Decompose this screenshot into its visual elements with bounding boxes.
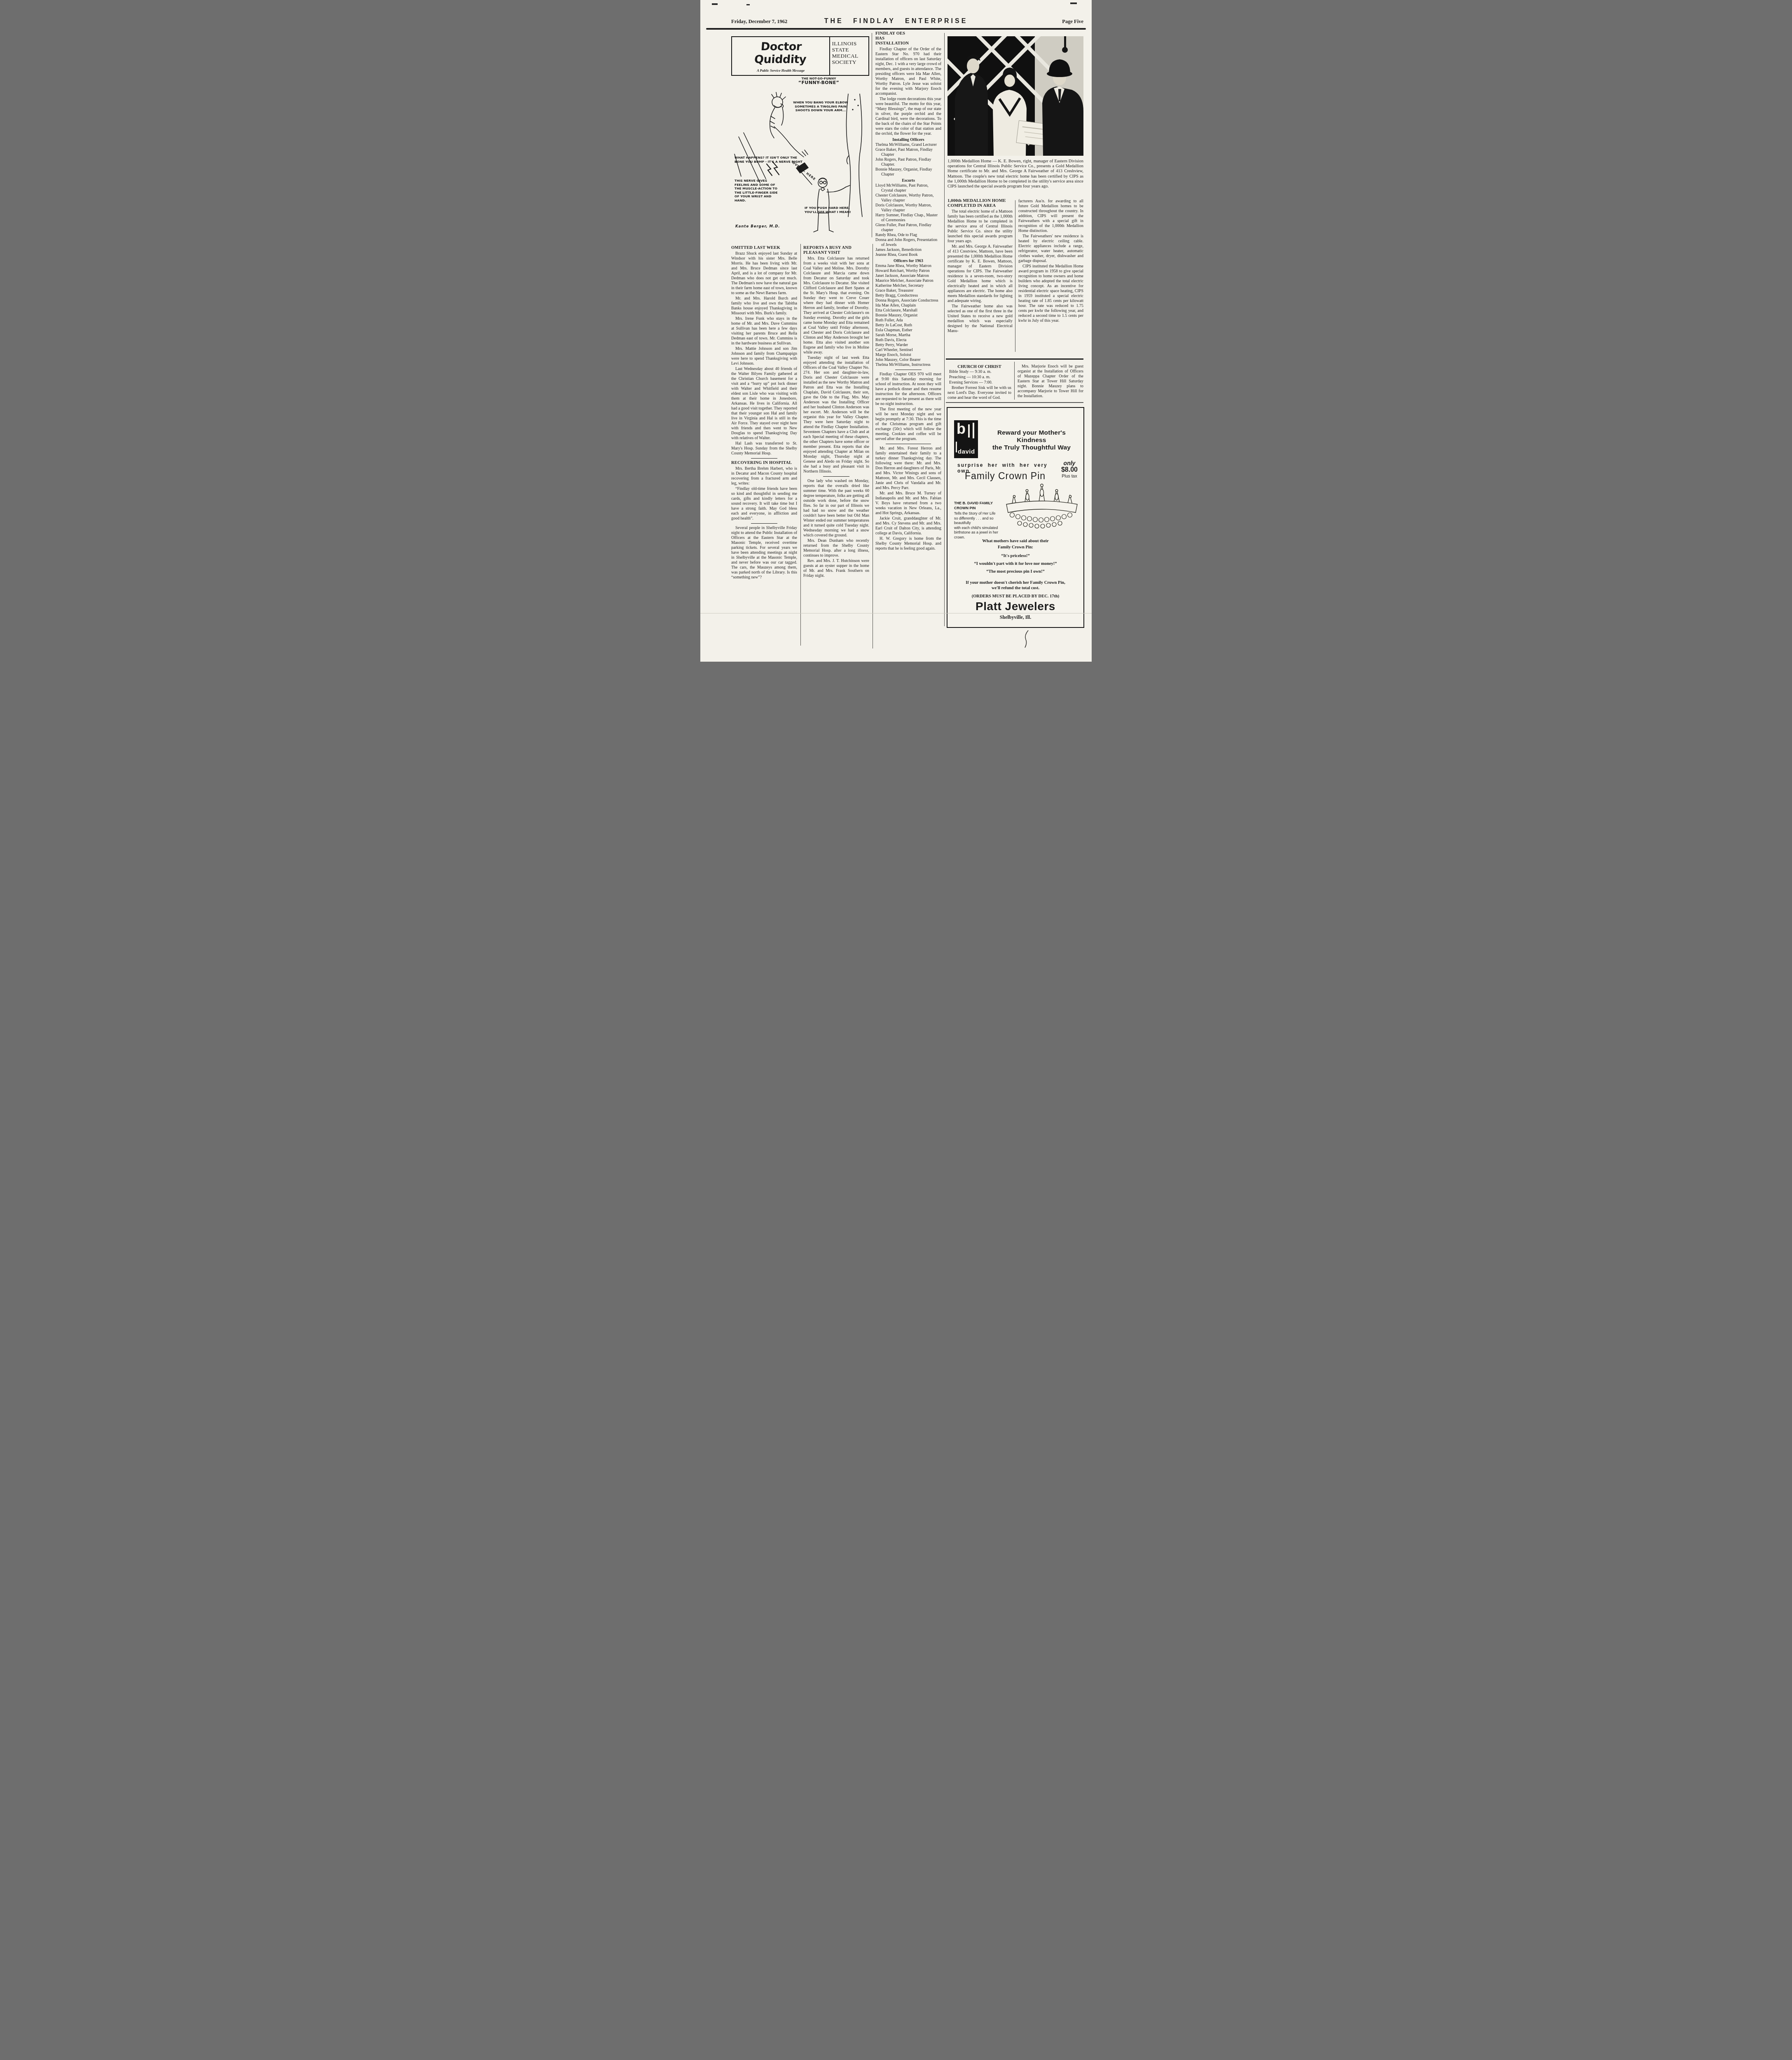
officer-entry: Eula Chapman, Esther bbox=[875, 328, 941, 333]
officer-entry: Grace Baker, Past Matron, Findlay Chapte… bbox=[875, 147, 941, 157]
ad-price-block: only $8.00 Plus tax bbox=[1058, 460, 1081, 479]
officer-entry: Ruth Fuller, Ada bbox=[875, 318, 941, 323]
doctor-quiddity-title: Doctor Quiddity bbox=[734, 40, 828, 66]
paragraph: Mrs. Mattie Johnson and son Jim Johnson … bbox=[731, 346, 797, 366]
description-line: so differently . . . and so beautifully bbox=[954, 516, 1007, 526]
masthead-rule bbox=[706, 28, 1086, 30]
scan-speck bbox=[746, 4, 750, 5]
cartoon-caption-notsofunny: THE NOT-SO-FUNNY “FUNNY-BONE” bbox=[785, 77, 853, 85]
escort-entry: Jeanne Rhea, Guest Book bbox=[875, 253, 941, 257]
doctor-quiddity-title-area: Doctor Quiddity A Public Service Health … bbox=[732, 37, 830, 75]
escort-entry: Randy Rhea, Ode to Flag bbox=[875, 233, 941, 238]
officer-entry: Emma Jane Rhea, Worthy Matron bbox=[875, 264, 941, 269]
paragraph: Mr. and Mrs. Harold Burch and family who… bbox=[731, 296, 797, 316]
description-line: Tells the Story of Her Life bbox=[954, 511, 1007, 516]
officer-entry: John Mauzey, Color Bearer bbox=[875, 358, 941, 363]
funny-bone-cartoon: THE NOT-SO-FUNNY “FUNNY-BONE” WHEN YOU B… bbox=[731, 75, 869, 236]
section-divider bbox=[886, 444, 931, 444]
crown-illustration bbox=[1003, 483, 1081, 531]
pen-mark bbox=[1022, 630, 1032, 648]
ad-quotes-intro1: What mothers have said about their bbox=[947, 539, 1083, 543]
reports-busy-visit-headline: REPORTS A BUSY AND PLEASANT VISIT bbox=[803, 246, 869, 255]
escorts-list: Lloyd McWilliams, Past Patron, Crystal c… bbox=[875, 183, 941, 257]
local-news-paragraphs: Mr. and Mrs. Forest Herron and family en… bbox=[875, 446, 941, 551]
installation-photo-image bbox=[947, 36, 1083, 156]
crown-drawing bbox=[1003, 483, 1081, 531]
schedule-line: Bible Study — 9:30 a. m. bbox=[947, 370, 1011, 375]
ad-refund-line2: we'll refund the total cost. bbox=[947, 586, 1083, 590]
medallion-headline: 1,000th MEDALLION HOME COMPLETED IN AREA bbox=[947, 199, 1013, 208]
paragraph: The Fairweather home also was selected a… bbox=[947, 304, 1013, 334]
paragraph: Mr. and Mrs. Bruce M. Turney of Indianap… bbox=[875, 491, 941, 516]
column-rule bbox=[872, 33, 872, 237]
ad-refund-line1: If your mother doesn't cherish her Famil… bbox=[947, 581, 1083, 585]
reports-busy-visit-paragraphs: Mrs. Etta Colclasure has returned from a… bbox=[803, 256, 869, 474]
section-divider bbox=[823, 476, 849, 477]
church-paragraph: Brother Forrest Sisk will be with us nex… bbox=[947, 386, 1011, 400]
paragraph: Mr. and Mrs. George A. Fairweather of 41… bbox=[947, 244, 1013, 304]
officer-entry: Bonnie Mauzey, Organist, Findlay Chapter bbox=[875, 167, 941, 177]
description-line: with each child's simulated bbox=[954, 526, 1007, 531]
ad-only-label: only bbox=[1058, 460, 1081, 466]
omitted-last-week-headline: OMITTED LAST WEEK bbox=[731, 246, 797, 250]
store-city: Shelbyville, Ill. bbox=[947, 614, 1083, 620]
officer-entry: Ida Mae Allen, Chaplain bbox=[875, 303, 941, 308]
column-rule bbox=[1014, 362, 1015, 400]
schedule-line: Preaching — 10:30 a. m. bbox=[947, 375, 1011, 380]
ad-description: THE B. DAVID FAMILY CROWN PIN Tells the … bbox=[954, 501, 1007, 540]
weather-and-locals-paragraphs: One lady who washed on Monday, reports t… bbox=[803, 479, 869, 578]
scan-speck bbox=[1070, 2, 1077, 4]
findlay-oes-paragraphs: Findlay Chapter of the Order of the East… bbox=[875, 47, 941, 136]
b-david-logo: b david bbox=[954, 420, 978, 458]
paragraph: H. W. Gregory is home from the Shelby Co… bbox=[875, 536, 941, 551]
ad-quotes-intro2: Family Crown Pin: bbox=[947, 545, 1083, 550]
officer-entry: Bonnie Mauzey, Organist bbox=[875, 313, 941, 318]
church-headline: CHURCH OF CHRIST bbox=[947, 365, 1011, 369]
oes-meeting-paragraphs: Findlay Chapter OES 970 will meet at 9:0… bbox=[875, 372, 941, 442]
escort-entry: Doris Colclasure, Worthy Matron, Valley … bbox=[875, 203, 941, 213]
officer-entry: Carl Wheeler, Sentinel bbox=[875, 348, 941, 353]
installing-officers-subhead: Installing Officers bbox=[875, 138, 941, 142]
paragraph: Tuesday night of last week Etta enjoyed … bbox=[803, 356, 869, 474]
paragraph: Findlay Chapter of the Order of the East… bbox=[875, 47, 941, 96]
paragraph: CIPS instituted the Medallion Home award… bbox=[1018, 264, 1083, 323]
officer-entry: Ruth Davis, Electa bbox=[875, 338, 941, 343]
cartoon-caption-bang: WHEN YOU BANG YOUR ELBOW SOMETIMES A TIN… bbox=[790, 101, 852, 112]
officer-entry: Betty Perry, Warder bbox=[875, 343, 941, 348]
column-rule bbox=[1015, 200, 1015, 352]
ad-headline-line2: the Truly Thoughtful Way bbox=[982, 444, 1081, 452]
ad-price: $8.00 bbox=[1058, 466, 1081, 474]
paragraph: Hal Lash was transferred to St. Mary's H… bbox=[731, 441, 797, 456]
mother-quote: “I wouldn't part with it for love nor mo… bbox=[947, 562, 1083, 566]
paragraph: The first meeting of the new year will b… bbox=[875, 407, 941, 442]
newspaper-page: Friday, December 7, 1962 THE FINDLAY ENT… bbox=[700, 0, 1092, 662]
paragraph: “Findlay old-time friends have been so k… bbox=[731, 487, 797, 521]
recovering-in-hospital-paragraphs: Mrs. Bertha Brehm Harbert, who is in Dec… bbox=[731, 466, 797, 521]
officer-entry: Janet Jackson, Associate Matron bbox=[875, 274, 941, 279]
cartoon-caption-push: IF YOU PUSH HARD HERE, YOU'LL SEE WHAT I… bbox=[805, 206, 853, 214]
store-name: Platt Jewelers bbox=[947, 600, 1083, 613]
escort-entry: Glenn Fuller, Past Patron, Findlay chapt… bbox=[875, 223, 941, 233]
scan-artifact-line bbox=[700, 613, 1092, 613]
paragraph: The lodge room decorations this year wer… bbox=[875, 97, 941, 136]
cartoon-caption-funny-bone: “FUNNY-BONE” bbox=[798, 80, 840, 85]
officer-entry: John Rogers, Past Patron, Findlay Chapte… bbox=[875, 157, 941, 167]
paragraph: Mr. and Mrs. Forest Herron and family en… bbox=[875, 446, 941, 491]
schedule-line: Evening Services — 7:00. bbox=[947, 380, 1011, 385]
findlay-oes-headline: FINDLAY OES HAS INSTALLATION bbox=[875, 31, 913, 46]
cartoon-caption-what-happens: WHAT HAPPENS? IT ISN'T ONLY THE BONE YOU… bbox=[735, 156, 808, 164]
paragraph: The Fairweathers' new residence is heate… bbox=[1018, 234, 1083, 264]
section-divider bbox=[751, 523, 777, 524]
escorts-subhead: Escorts bbox=[875, 178, 941, 183]
recovering-in-hospital-headline: RECOVERING IN HOSPITAL bbox=[731, 461, 797, 466]
officer-entry: Betty Bragg, Conductress bbox=[875, 293, 941, 298]
paragraph: Mrs. Bertha Brehm Harbert, who is in Dec… bbox=[731, 466, 797, 486]
scan-speck bbox=[712, 3, 718, 5]
doctor-quiddity-ad: Doctor Quiddity A Public Service Health … bbox=[731, 36, 869, 76]
logo-bar bbox=[956, 442, 957, 452]
paragraph: Mrs. Irene Funk who stays in the home of… bbox=[731, 316, 797, 346]
cartoon-caption-nerve: THIS NERVE GIVES FEELING AND SOME OF THE… bbox=[735, 179, 781, 203]
paragraph: facturers Ass'n. for awarding to all fut… bbox=[1018, 199, 1083, 234]
paragraph: Several people in Shelbyville Friday nig… bbox=[731, 526, 797, 580]
officer-entry: Grace Baker, Treasurer bbox=[875, 288, 941, 293]
ad-orders-deadline: (ORDERS MUST BE PLACED BY DEC. 17th) bbox=[947, 594, 1083, 599]
officer-entry: Etta Colclasure, Marshall bbox=[875, 308, 941, 313]
officer-entry: Katherine Melcher, Secretary bbox=[875, 283, 941, 288]
paragraph: Mrs. Dean Dunham who recently returned f… bbox=[803, 538, 869, 558]
paragraph: Brazz Shuck enjoyed last Sunday at Winds… bbox=[731, 251, 797, 296]
section-divider bbox=[751, 458, 777, 459]
mother-quote: “The most precious pin I own!” bbox=[947, 569, 1083, 574]
column-1: OMITTED LAST WEEK Brazz Shuck enjoyed la… bbox=[731, 246, 797, 581]
paragraph: Jackie Cruit, granddaughter of Mr. and M… bbox=[875, 516, 941, 536]
medallion-left-paragraphs: The total electric home of a Mattoon fam… bbox=[947, 209, 1013, 334]
paragraph: Mrs. Etta Colclasure has returned from a… bbox=[803, 256, 869, 355]
officer-entry: Maurice Melcher, Associate Patron bbox=[875, 279, 941, 283]
church-schedule: Bible Study — 9:30 a. m.Preaching — 10:3… bbox=[947, 370, 1011, 385]
section-divider bbox=[895, 370, 922, 370]
escort-entry: James Jackson, Benediction bbox=[875, 248, 941, 253]
b-david-logo-david: david bbox=[958, 448, 975, 455]
section-rule bbox=[946, 402, 1083, 403]
masthead-page-number: Page Five bbox=[1062, 19, 1083, 25]
ad-description-lines: Tells the Story of Her Lifeso differentl… bbox=[954, 511, 1007, 540]
column-2: REPORTS A BUSY AND PLEASANT VISIT Mrs. E… bbox=[803, 246, 869, 579]
column-rule bbox=[800, 244, 801, 646]
column-3-findlay-oes: FINDLAY OES HAS INSTALLATION Findlay Cha… bbox=[875, 31, 941, 552]
medallion-home-photo bbox=[947, 36, 1083, 156]
paragraph: Rev. and Mrs. J. T. Hutchinson were gues… bbox=[803, 559, 869, 578]
ad-plus-tax: Plus tax bbox=[1058, 474, 1081, 479]
b-david-logo-b: b bbox=[957, 420, 966, 438]
officer-entry: Howard Reichart, Worthy Patron bbox=[875, 269, 941, 274]
officer-entry: Donna Rogers, Associate Conductress bbox=[875, 298, 941, 303]
ad-product-name: Family Crown Pin bbox=[964, 471, 1046, 482]
officer-entry: Betty Jo LaCost, Ruth bbox=[875, 323, 941, 328]
officer-entry: Marge Enoch, Soloist bbox=[875, 353, 941, 358]
column-rule bbox=[873, 244, 873, 648]
paragraph: Last Wednesday about 40 friends of the W… bbox=[731, 367, 797, 441]
officer-entry: Thelma McWilliams, Instructress bbox=[875, 363, 941, 368]
church-of-christ-notice: CHURCH OF CHRIST Bible Study — 9:30 a. m… bbox=[947, 363, 1011, 401]
ad-description-title: THE B. DAVID FAMILY CROWN PIN bbox=[954, 501, 1007, 510]
doctor-quiddity-title-box: Doctor Quiddity A Public Service Health … bbox=[731, 36, 869, 76]
paragraph: Mrs. Marjorie Enoch will be guest organi… bbox=[1018, 364, 1083, 399]
escort-entry: Harry Sumner, Findlay Chap., Master of C… bbox=[875, 213, 941, 223]
column-rule bbox=[944, 33, 945, 626]
photo-caption: 1,000th Medallion Home — K. E. Bowen, ri… bbox=[947, 159, 1083, 189]
shelbyville-parking-paragraphs: Several people in Shelbyville Friday nig… bbox=[731, 526, 797, 580]
paragraph: Findlay Chapter OES 970 will meet at 9:0… bbox=[875, 372, 941, 407]
section-rule bbox=[946, 358, 1083, 360]
officer-entry: Sarah Morse, Martha bbox=[875, 333, 941, 338]
masthead-title: THE FINDLAY ENTERPRISE bbox=[700, 18, 1092, 25]
ad-quotes: “It's priceless!”“I wouldn't part with i… bbox=[947, 554, 1083, 574]
installing-officers-list: Thelma McWilliams, Grand LecturerGrace B… bbox=[875, 143, 941, 177]
family-crown-pin-ad: b david Reward your Mother's Kindness th… bbox=[947, 407, 1084, 628]
illinois-state-medical-society-label: ILLINOIS STATE MEDICAL SOCIETY bbox=[830, 37, 868, 75]
cartoonist-signature: Kante Berger, M.D. bbox=[735, 225, 780, 229]
escort-entry: Donna and John Rogers, Presentation of J… bbox=[875, 238, 941, 248]
officers-1963-subhead: Officers for 1963 bbox=[875, 259, 941, 263]
ad-headline-line1: Reward your Mother's Kindness bbox=[982, 429, 1081, 444]
article-medallion-home-right: facturers Ass'n. for awarding to all fut… bbox=[1018, 199, 1083, 324]
officers-1963-list: Emma Jane Rhea, Worthy MatronHoward Reic… bbox=[875, 264, 941, 368]
description-line: birthstone as a jewel in her crown. bbox=[954, 530, 1007, 540]
doctor-quiddity-tagline: A Public Service Health Message bbox=[735, 68, 827, 73]
article-medallion-home-left: 1,000th MEDALLION HOME COMPLETED IN AREA… bbox=[947, 199, 1013, 334]
omitted-last-week-paragraphs: Brazz Shuck enjoyed last Sunday at Winds… bbox=[731, 251, 797, 456]
logo-bar bbox=[973, 423, 974, 438]
paragraph: The total electric home of a Mattoon fam… bbox=[947, 209, 1013, 244]
escort-entry: Chester Colclasure, Worthy Patron, Valle… bbox=[875, 193, 941, 203]
escort-entry: Lloyd McWilliams, Past Patron, Crystal c… bbox=[875, 183, 941, 193]
officer-entry: Thelma McWilliams, Grand Lecturer bbox=[875, 143, 941, 147]
enoch-organist-item: Mrs. Marjorie Enoch will be guest organi… bbox=[1018, 364, 1083, 399]
logo-bar bbox=[968, 424, 970, 438]
paragraph: One lady who washed on Monday, reports t… bbox=[803, 479, 869, 538]
mother-quote: “It's priceless!” bbox=[947, 554, 1083, 558]
